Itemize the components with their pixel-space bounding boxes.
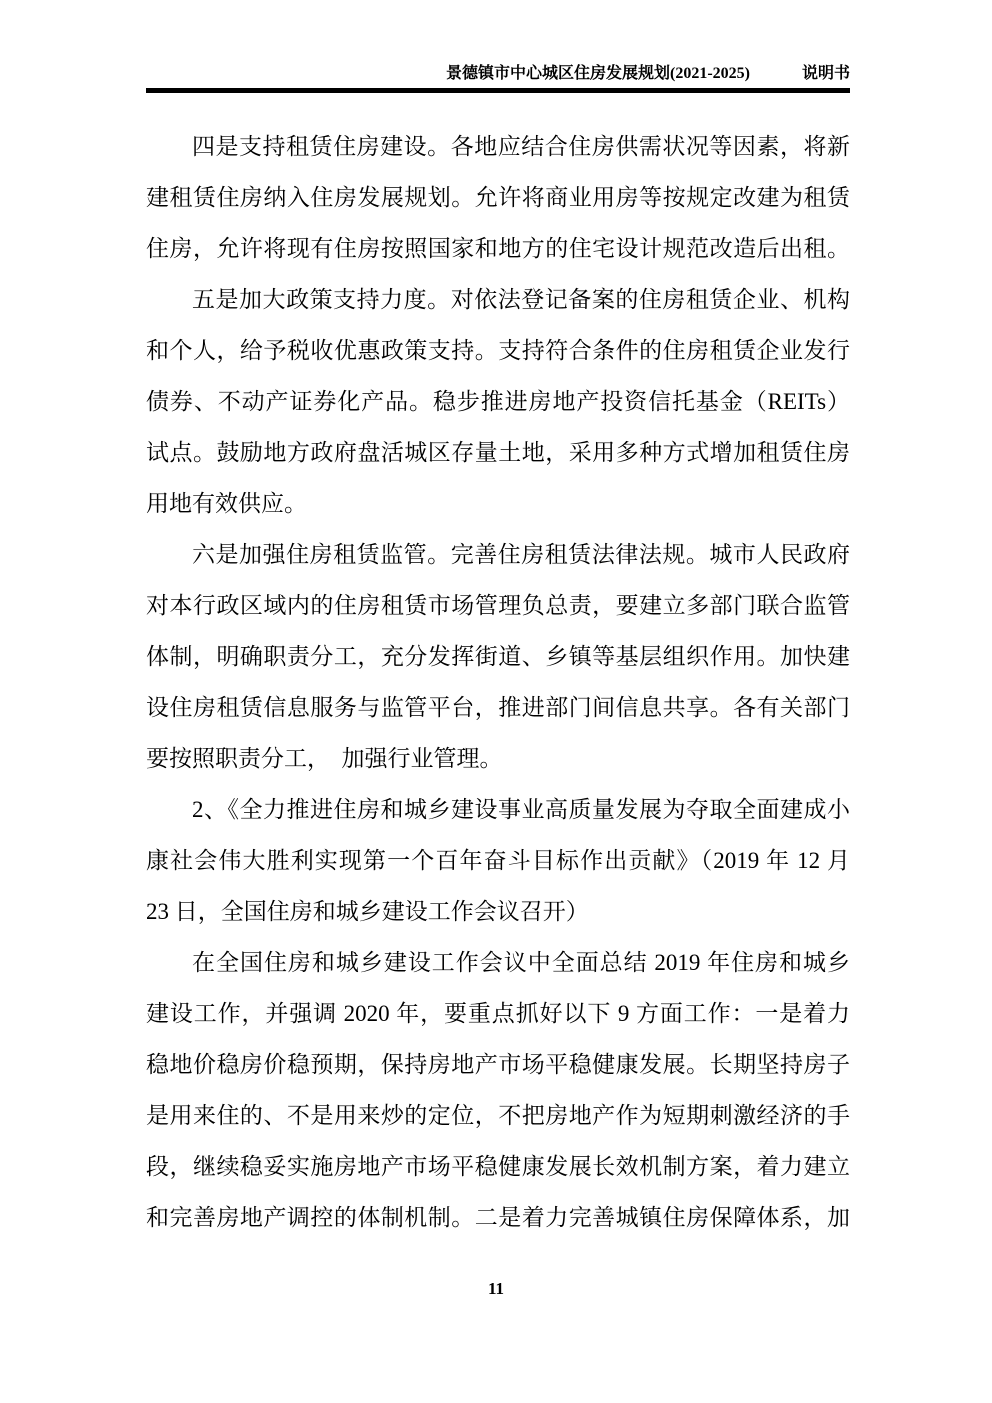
text-line: 五是加大政策支持力度。对依法登记备案的住房租赁企业、机构 [146,274,850,325]
text-line: 建设工作，并强调 2020 年，要重点抓好以下 9 方面工作：一是着力 [146,988,850,1039]
text-line: 段，继续稳妥实施房地产市场平稳健康发展长效机制方案，着力建立 [146,1141,850,1192]
text-line: 四是支持租赁住房建设。各地应结合住房供需状况等因素，将新 [146,121,850,172]
text-line: 六是加强住房租赁监管。完善住房租赁法律法规。城市人民政府 [146,529,850,580]
text-line: 体制，明确职责分工，充分发挥街道、乡镇等基层组织作用。加快建 [146,631,850,682]
text-line: 和完善房地产调控的体制机制。二是着力完善城镇住房保障体系，加 [146,1192,850,1243]
page-header: 景德镇市中心城区住房发展规划(2021-2025) 说明书 [146,64,850,84]
text-line: 是用来住的、不是用来炒的定位，不把房地产作为短期刺激经济的手 [146,1090,850,1141]
text-line: 要按照职责分工， 加强行业管理。 [146,733,850,784]
header-divider [146,88,850,93]
text-line: 债券、不动产证券化产品。稳步推进房地产投资信托基金（REITs） [146,376,850,427]
text-line: 住房，允许将现有住房按照国家和地方的住宅设计规范改造后出租。 [146,223,850,274]
text-line: 用地有效供应。 [146,478,850,529]
text-line: 设住房租赁信息服务与监管平台，推进部门间信息共享。各有关部门 [146,682,850,733]
text-line: 和个人，给予税收优惠政策支持。支持符合条件的住房租赁企业发行 [146,325,850,376]
document-body: 四是支持租赁住房建设。各地应结合住房供需状况等因素，将新建租赁住房纳入住房发展规… [146,121,850,1243]
page-number: 11 [488,1279,504,1298]
page-footer: 11 [0,1278,992,1300]
text-line: 试点。鼓励地方政府盘活城区存量土地，采用多种方式增加租赁住房 [146,427,850,478]
header-title: 景德镇市中心城区住房发展规划(2021-2025) [446,64,750,84]
text-line: 建租赁住房纳入住房发展规划。允许将商业用房等按规定改建为租赁 [146,172,850,223]
text-line: 稳地价稳房价稳预期，保持房地产市场平稳健康发展。长期坚持房子 [146,1039,850,1090]
text-line: 在全国住房和城乡建设工作会议中全面总结 2019 年住房和城乡 [146,937,850,988]
text-line: 康社会伟大胜利实现第一个百年奋斗目标作出贡献》（2019 年 12 月 [146,835,850,886]
document-page: 景德镇市中心城区住房发展规划(2021-2025) 说明书 四是支持租赁住房建设… [0,0,992,1403]
text-line: 对本行政区域内的住房租赁市场管理负总责，要建立多部门联合监管 [146,580,850,631]
header-doc-type: 说明书 [802,64,850,84]
text-line: 2、《全力推进住房和城乡建设事业高质量发展为夺取全面建成小 [146,784,850,835]
text-line: 23 日，全国住房和城乡建设工作会议召开） [146,886,850,937]
